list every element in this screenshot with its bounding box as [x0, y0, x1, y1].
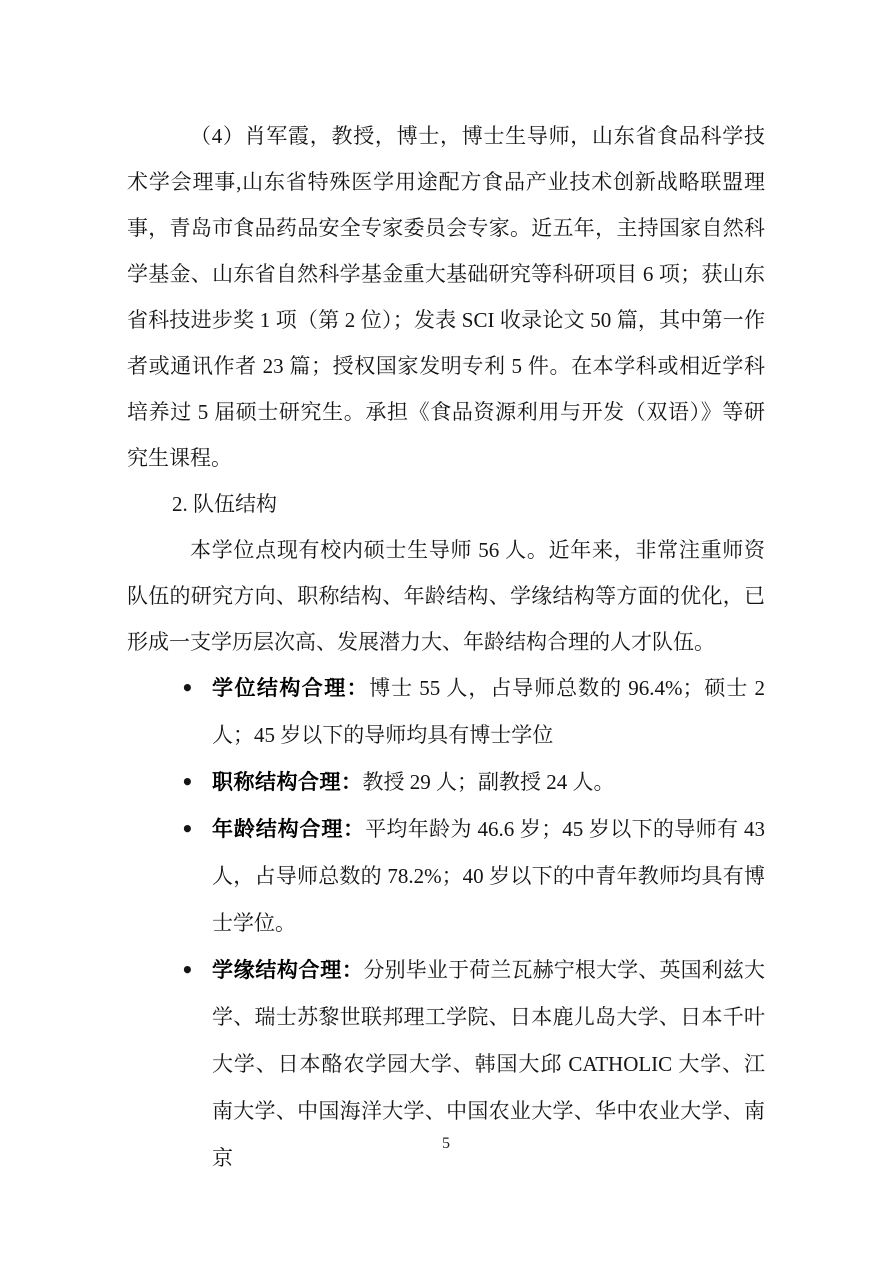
- bullet-label: 学位结构合理：: [212, 677, 369, 700]
- bullet-icon: •: [181, 806, 194, 853]
- team-paragraph: 本学位点现有校内硕士生导师 56 人。近年来，非常注重师资队伍的研究方向、职称结…: [127, 527, 765, 665]
- section-heading: 2. 队伍结构: [127, 481, 765, 527]
- bullet-text: 教授 29 人；副教授 24 人。: [363, 770, 615, 794]
- document-body: （4）肖军霞，教授，博士，博士生导师，山东省食品科学技术学会理事,山东省特殊医学…: [127, 113, 765, 1182]
- bullet-icon: •: [181, 759, 194, 806]
- bullet-icon: •: [181, 947, 194, 994]
- bullet-icon: •: [181, 665, 194, 712]
- list-item: • 学位结构合理：博士 55 人，占导师总数的 96.4%；硕士 2 人；45 …: [127, 665, 765, 759]
- document-page: （4）肖军霞，教授，博士，博士生导师，山东省食品科学技术学会理事,山东省特殊医学…: [0, 0, 892, 1261]
- bullet-label: 职称结构合理：: [212, 771, 363, 794]
- bullet-list: • 学位结构合理：博士 55 人，占导师总数的 96.4%；硕士 2 人；45 …: [127, 665, 765, 1182]
- bio-paragraph: （4）肖军霞，教授，博士，博士生导师，山东省食品科学技术学会理事,山东省特殊医学…: [127, 113, 765, 481]
- page-number: 5: [0, 1134, 892, 1154]
- bullet-label: 年龄结构合理：: [212, 818, 365, 841]
- list-item: • 职称结构合理：教授 29 人；副教授 24 人。: [127, 759, 765, 806]
- list-item: • 年龄结构合理：平均年龄为 46.6 岁；45 岁以下的导师有 43 人，占导…: [127, 806, 765, 947]
- bullet-label: 学缘结构合理：: [212, 959, 363, 982]
